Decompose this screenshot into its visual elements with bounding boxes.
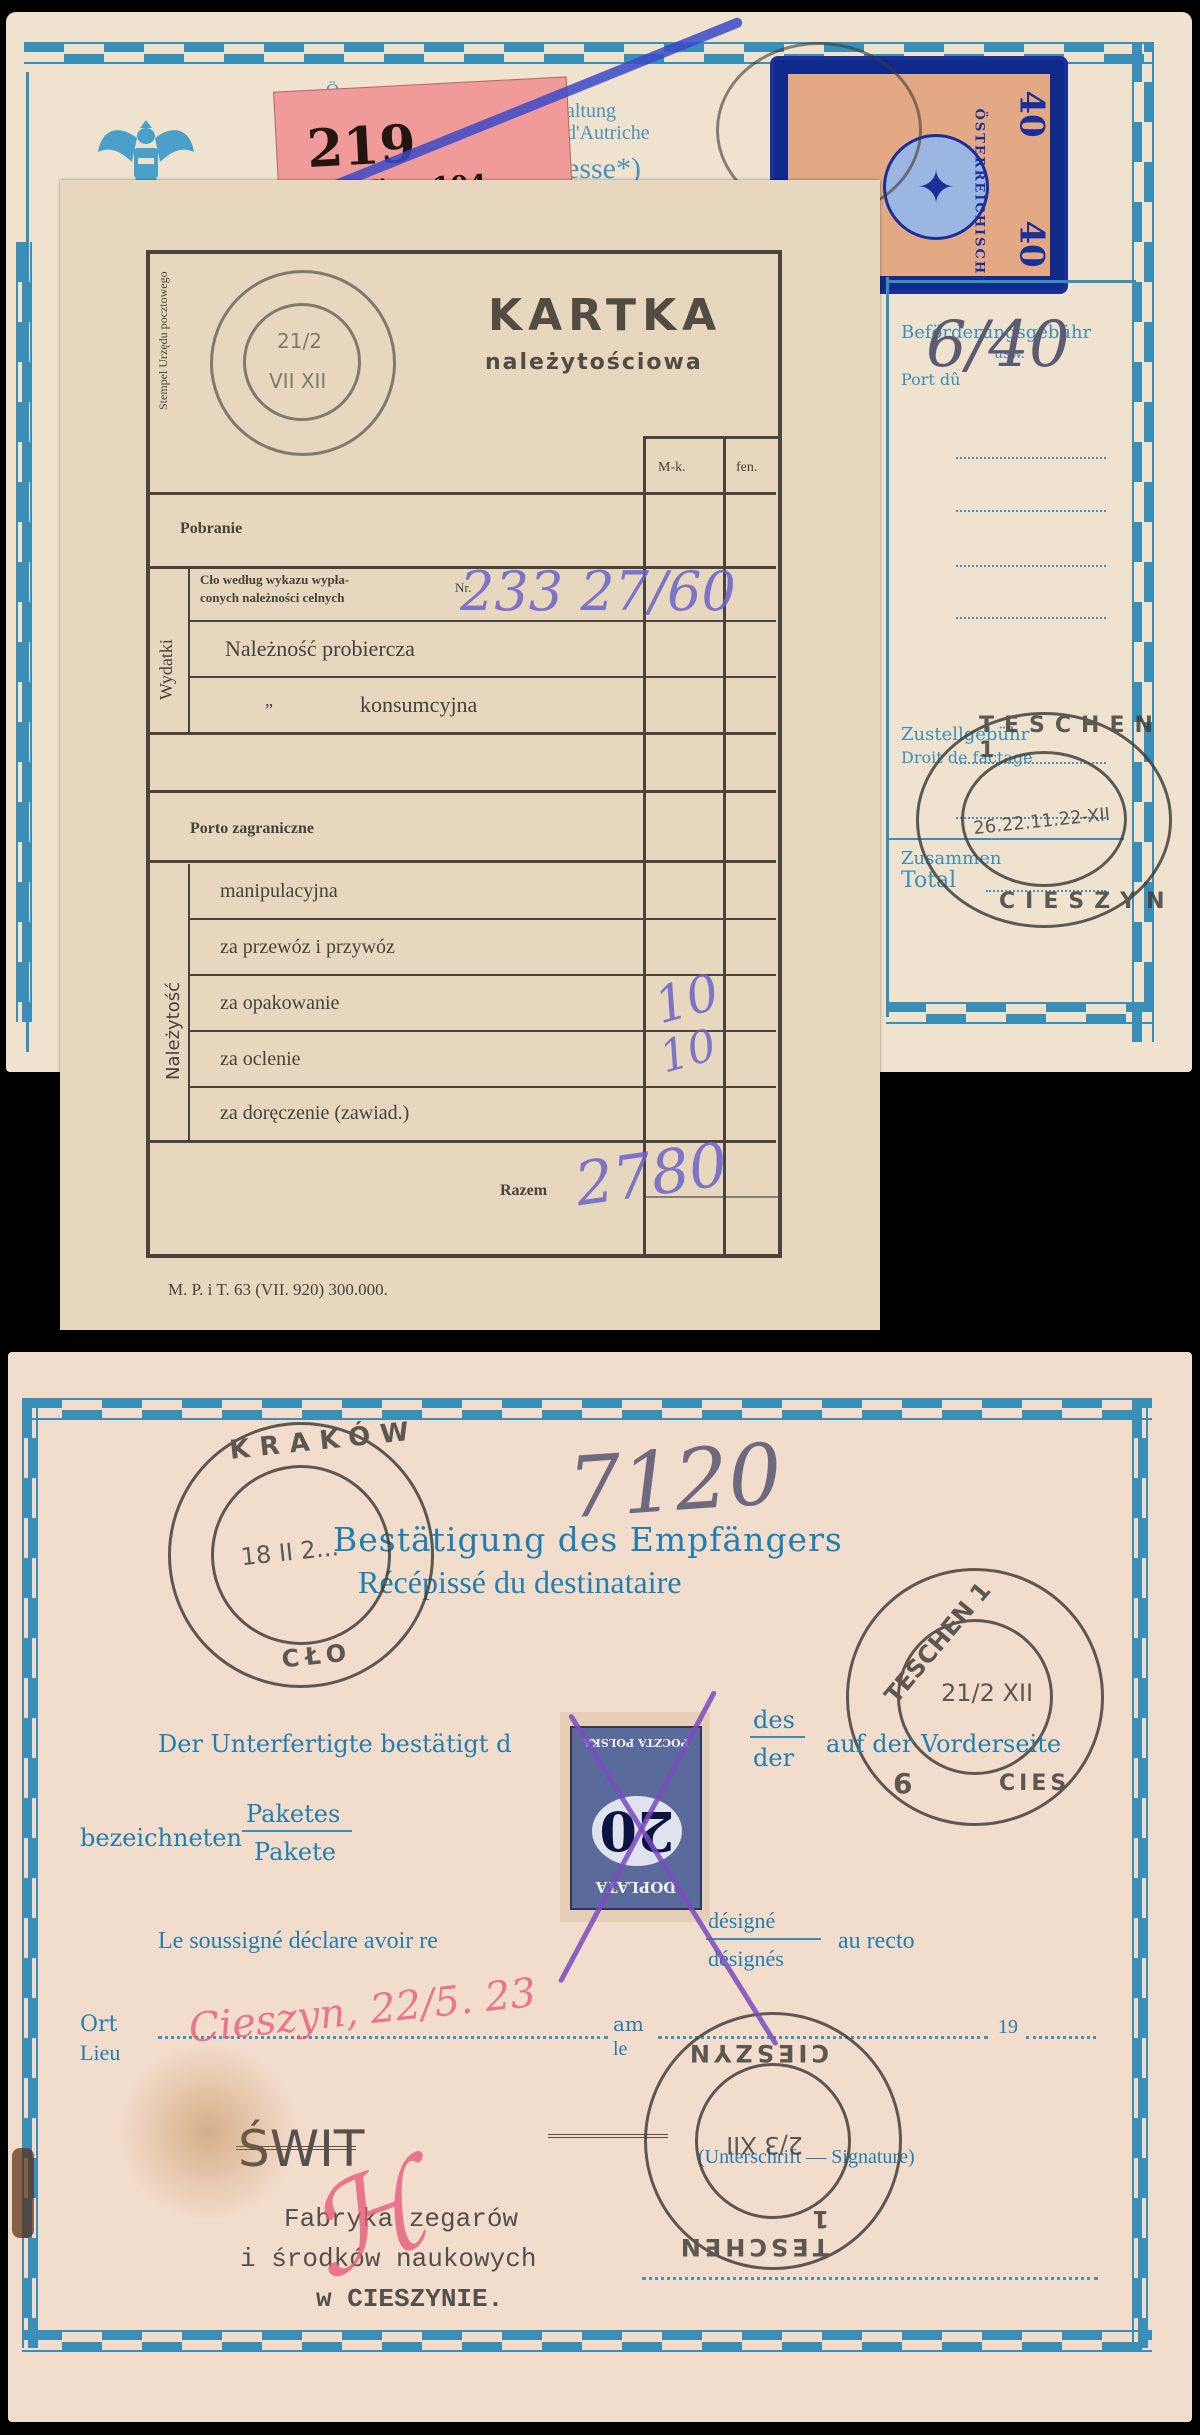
header-line-2: altung	[566, 100, 616, 123]
fee-line-3	[956, 565, 1106, 567]
teschen-side-number: 6	[893, 1767, 912, 1800]
postmark-date-1: 21/2	[277, 329, 322, 353]
row-konsumcyjna-prefix: „	[265, 690, 273, 711]
col-header-marks: M-k.	[658, 460, 686, 476]
fraction-rule-2	[242, 1830, 352, 1832]
bottom-border-top	[22, 1398, 1152, 1420]
checkered-border-left	[16, 242, 32, 1022]
postmark-city-polish: CIESZYN	[999, 889, 1175, 914]
confirm-line2-option-top: Paketes	[246, 1800, 340, 1828]
teschen-postmark-bottom: CIESZYN TESCHEN 1 2/3 XII	[644, 2012, 902, 2270]
confirm-line2-option-bottom: Pakete	[254, 1838, 336, 1866]
row-oclenie: za oclenie	[220, 1048, 301, 1071]
bottom-postmark-top: CIESZYN	[686, 2039, 829, 2067]
krakow-customs-postmark: KRAKÓW CŁO 18 II 2...	[155, 1409, 447, 1701]
fee-line-2	[956, 510, 1106, 512]
row-doreczenie: za doręczenie (zawiad.)	[220, 1102, 409, 1125]
teschen-postmark-reverse: TESCHEN 1 CIES 6 21/2 XII	[846, 1568, 1104, 1826]
bottom-border-right	[1132, 1398, 1148, 2348]
stamp-value-bottom: 40	[1012, 220, 1052, 267]
signature-field[interactable]	[642, 2277, 1098, 2280]
checkered-border-bottom	[886, 1002, 1152, 1024]
header-line-3: d'Autriche	[566, 122, 650, 145]
krakow-customs: CŁO	[280, 1638, 353, 1673]
kartka-postmark: 21/2 VII XII	[210, 270, 396, 456]
rule-manip	[190, 918, 776, 920]
confirm-line3-start: Le soussigné déclare avoir re	[158, 1928, 438, 1955]
date-label-de: am	[613, 2012, 644, 2036]
row-opakowanie: za opakowanie	[220, 992, 339, 1015]
rule-konsumcyjna	[148, 732, 776, 735]
rule-pobranie	[148, 492, 776, 495]
teschen-city-polish: CIES	[999, 1771, 1070, 1796]
confirm-line1-end: auf der Vorderseite	[826, 1730, 1061, 1758]
postmark-date-2: VII XII	[269, 369, 326, 393]
col-header-top	[643, 436, 778, 439]
year-field[interactable]	[1026, 2036, 1096, 2039]
bracket-naleznosc	[188, 864, 190, 1140]
fraction-rule-1	[750, 1736, 805, 1738]
bottom-postmark-date: 2/3 XII	[726, 2131, 803, 2159]
bottom-postmark-bottom: TESCHEN 1	[647, 2205, 829, 2261]
stamp-inscription: ÖSTERREICHISCHE	[972, 109, 987, 251]
place-label-de: Ort	[80, 2012, 117, 2037]
fee-line-4	[956, 617, 1106, 619]
rule-blank	[148, 790, 776, 793]
confirm-line1-start: Der Unterfertigte bestätigt d	[158, 1730, 511, 1758]
fee-handwritten: 6/40	[926, 308, 1070, 382]
row-manipulacyjna: manipulacyjna	[220, 880, 338, 903]
confirm-line1-option-bottom: der	[753, 1744, 794, 1772]
teschen-postmark-right: TESCHEN 1 CIESZYN 26.22.11.22-XII	[916, 712, 1172, 928]
row-konsumcyjna: konsumcyjna	[360, 692, 477, 718]
row-pobranie: Pobranie	[180, 520, 242, 538]
hw-clo-amount: 233 27/60	[460, 560, 736, 623]
confirm-line3-end: au recto	[838, 1928, 915, 1955]
postmark-city: TESCHEN 1	[979, 713, 1169, 763]
stamp-box-label: Stempel Urzędu pocztowego	[156, 271, 171, 410]
date-label-fr: le	[613, 2038, 627, 2061]
rule-oclenie	[190, 1086, 776, 1088]
group-wydatki: Wydatki	[156, 639, 177, 700]
teschen-date: 21/2 XII	[941, 1679, 1033, 1707]
confirm-line2-start: bezeichneten	[80, 1824, 242, 1852]
hw-place-date: Cieszyn, 22/5. 23	[187, 1970, 539, 2052]
fee-line-1	[956, 457, 1106, 459]
place-label-fr: Lieu	[80, 2040, 120, 2066]
group-naleznosc: Należytość	[163, 982, 184, 1080]
rule-probiercza	[190, 676, 776, 678]
bottom-border-bottom	[22, 2330, 1152, 2352]
fraction-rule-3	[706, 1938, 821, 1940]
year-prefix: 19	[998, 2016, 1018, 2039]
hw-reverse-number: 7120	[565, 1425, 785, 1538]
row-clo-line1: Cło według wykazu wypła-	[200, 572, 349, 588]
right-column-top-rule	[886, 280, 1136, 283]
right-column-divider	[886, 277, 889, 1017]
paper-damage	[12, 2148, 34, 2238]
stamp-value-top: 40	[1012, 90, 1052, 137]
bracket-wydatki	[188, 568, 190, 732]
paper-stain	[118, 2042, 298, 2222]
row-razem: Razem	[500, 1182, 547, 1200]
rule-porto	[148, 860, 776, 863]
krakow-city: KRAKÓW	[228, 1416, 420, 1466]
confirm-line3-option-top: désigné	[708, 1908, 775, 1934]
col-header-fen: fen.	[736, 460, 757, 476]
row-porto: Porto zagraniczne	[190, 820, 314, 838]
row-probiercza: Należność probiercza	[225, 636, 415, 662]
row-clo-line2: conych należności celnych	[200, 590, 344, 606]
customs-charge-card: KARTKA należytościowa Stempel Urzędu poc…	[60, 180, 880, 1330]
kartka-title: KARTKA	[488, 290, 722, 341]
confirm-line1-option-top: des	[753, 1706, 795, 1734]
row-przewoz: za przewóz i przywóz	[220, 936, 395, 959]
kartka-footer: M. P. i T. 63 (VII. 920) 300.000.	[168, 1280, 388, 1300]
kartka-subtitle: należytościowa	[485, 350, 703, 375]
